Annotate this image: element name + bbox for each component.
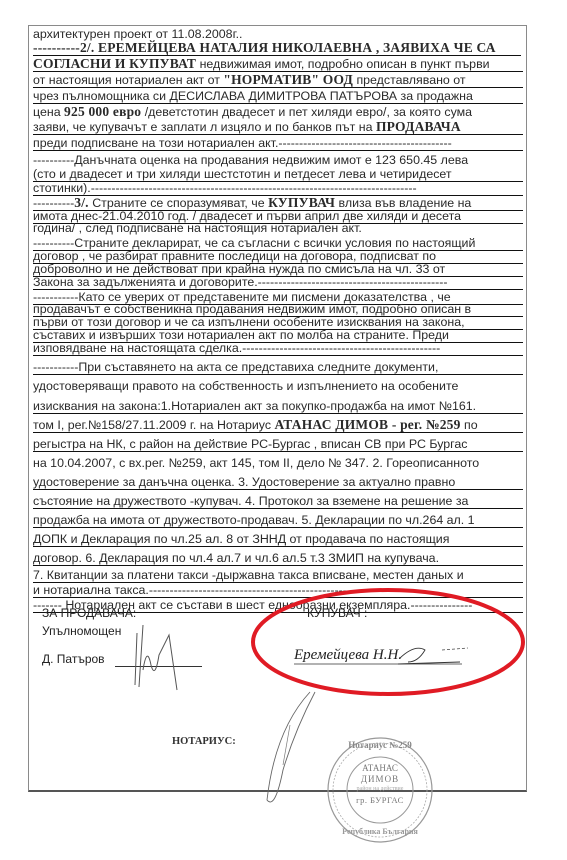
stamp-line-3: район на действие — [345, 786, 415, 792]
text-line: удостоверение за данъчна оценка. 3. Удос… — [33, 475, 523, 490]
seller-role: Упълномощен — [42, 624, 121, 638]
stamp-ring-bottom: Република България — [337, 827, 423, 836]
text-line: стотинки).------------------------------… — [33, 181, 523, 196]
text-line: удостоверяващи правото на собственность … — [33, 379, 523, 393]
notary-stamp: Нотариус №259 АТАНАС ДИМОВ район на дейс… — [325, 735, 435, 845]
text-line: продажба на имота от дружеството-продава… — [33, 513, 523, 528]
stamp-ring-top: Нотариус №259 — [337, 740, 423, 750]
price-line: цена 925 000 евро /деветстотин двадесет … — [33, 105, 523, 119]
seller-signature — [125, 615, 185, 695]
stamp-line-4: гр. БУРГАС — [345, 795, 415, 805]
text-line: от настоящия нотариален акт от "НОРМАТИВ… — [33, 73, 523, 88]
seller-name: Д. Патъров — [42, 652, 105, 666]
notary-label: НОТАРИУС: — [172, 736, 236, 747]
text-line: архитектурен проект от 11.08.2008г.. — [33, 27, 523, 41]
text-line: договор. 6. Декларация по чл.4 ал.7 и чл… — [33, 551, 523, 566]
notary-signature — [255, 690, 325, 820]
tax-assessment-line: ----------Данъчната оценка на продавания… — [33, 153, 523, 167]
text-line: изисквания на закона:1.Нотариален акт за… — [33, 399, 523, 414]
documents-clause: -----------При съставянето на акта се пр… — [33, 360, 523, 375]
text-line: СОГЛАСНИ И КУПУВАТ недвижимая имот, подр… — [33, 57, 523, 72]
stamp-line-2: ДИМОВ — [345, 774, 415, 784]
text-line: том I, рег.№158/27.11.2009 г. на Нотариу… — [33, 418, 523, 433]
text-line: ДОПК и Декларация по чл.25 ал. 8 от ЗННД… — [33, 532, 523, 547]
stamp-line-1: АТАНАС — [345, 763, 415, 773]
text-line: Закона за задълженията и договорите.----… — [33, 275, 523, 290]
text-line: чрез пълномощника си ДЕСИСЛАВА ДИМИТРОВА… — [33, 89, 523, 104]
text-line: 7. Квитанции за платени такси -дыржавна … — [33, 568, 523, 583]
seller-label: ЗА ПРОДАВАЧА: — [42, 606, 136, 620]
highlight-ellipse — [248, 585, 528, 700]
party-heading: ----------2/. ЕРЕМЕЙЦЕВА НАТАЛИЯ НИКОЛАЕ… — [33, 41, 521, 56]
text-line: година/ , след подписване на настоящия н… — [33, 221, 523, 235]
text-line: изповядване на настоящата сделка.-------… — [33, 341, 523, 356]
text-line: регыстра на НК, с район на действие РС-Б… — [33, 437, 523, 452]
text-line: състояние на дружеството -купувач. 4. Пр… — [33, 494, 523, 509]
text-line: (сто и двадесет и три хиляди шестстотин … — [33, 167, 523, 182]
text-line: преди подписване на този нотариален акт.… — [33, 136, 523, 151]
text-line: заяви, че купувачът е заплати л изцяло и… — [33, 120, 523, 135]
text-line: на 10.04.2007, с вх.рег. №259, акт 145, … — [33, 456, 523, 470]
